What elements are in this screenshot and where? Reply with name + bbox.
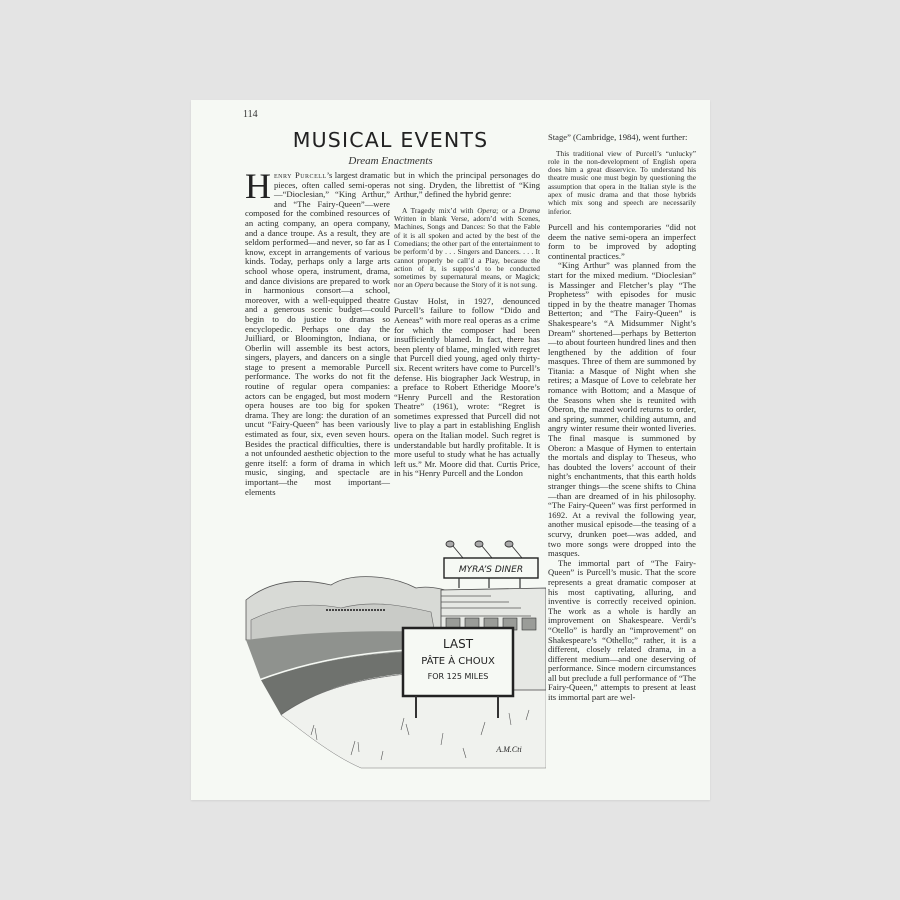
- drop-cap: H: [245, 172, 271, 200]
- road-sign-line-1: LAST: [443, 637, 474, 651]
- text-column-3: Stage” (Cambridge, 1984), went further: …: [548, 133, 696, 703]
- dryden-quote: A Tragedy mix’d with Opera; or a Drama W…: [394, 207, 540, 290]
- paragraph: The immortal part of “The Fairy-Queen” i…: [548, 559, 696, 703]
- quote-text: because the Story of it is not sung.: [433, 280, 537, 289]
- article-header: MUSICAL EVENTS Dream Enactments: [243, 128, 538, 168]
- road-sign-line-3: FOR 125 MILES: [428, 672, 489, 681]
- magazine-page: 114 MUSICAL EVENTS Dream Enactments Henr…: [191, 100, 710, 800]
- article-title: Dream Enactments: [243, 154, 538, 168]
- paragraph: Stage” (Cambridge, 1984), went further:: [548, 133, 696, 143]
- cartoon-drawing: MYRA’S DINER LAST PÂTE À CHOUX FOR 125 M…: [241, 530, 546, 770]
- paragraph: Purcell and his contemporaries “did not …: [548, 223, 696, 261]
- paragraph: but in which the principal personages do…: [394, 171, 540, 200]
- text-column-1: Henry Purcell’s largest dramatic pieces,…: [245, 171, 390, 497]
- diner-sign-text: MYRA’S DINER: [459, 565, 523, 575]
- road-sign-line-2: PÂTE À CHOUX: [421, 654, 495, 667]
- opening-paragraph: Henry Purcell’s largest dramatic pieces,…: [245, 171, 390, 497]
- quote-italic: Opera: [415, 280, 434, 289]
- cartoon-illustration: MYRA’S DINER LAST PÂTE À CHOUX FOR 125 M…: [241, 530, 546, 770]
- paragraph: “King Arthur” was planned from the start…: [548, 261, 696, 558]
- paragraph-text: ’s largest dramatic pieces, often called…: [245, 170, 390, 497]
- artist-signature: A.M.Cti: [495, 745, 521, 754]
- price-quote: This traditional view of Purcell’s “unlu…: [548, 150, 696, 216]
- page-number: 114: [243, 109, 258, 120]
- department-title: MUSICAL EVENTS: [243, 128, 538, 152]
- text-column-2: but in which the principal personages do…: [394, 171, 540, 479]
- quote-text: Written in blank Verse, adorn’d with Sce…: [394, 214, 540, 289]
- opening-smallcaps: enry Purcell: [274, 170, 327, 180]
- paragraph: Gustav Holst, in 1927, denounced Purcell…: [394, 297, 540, 479]
